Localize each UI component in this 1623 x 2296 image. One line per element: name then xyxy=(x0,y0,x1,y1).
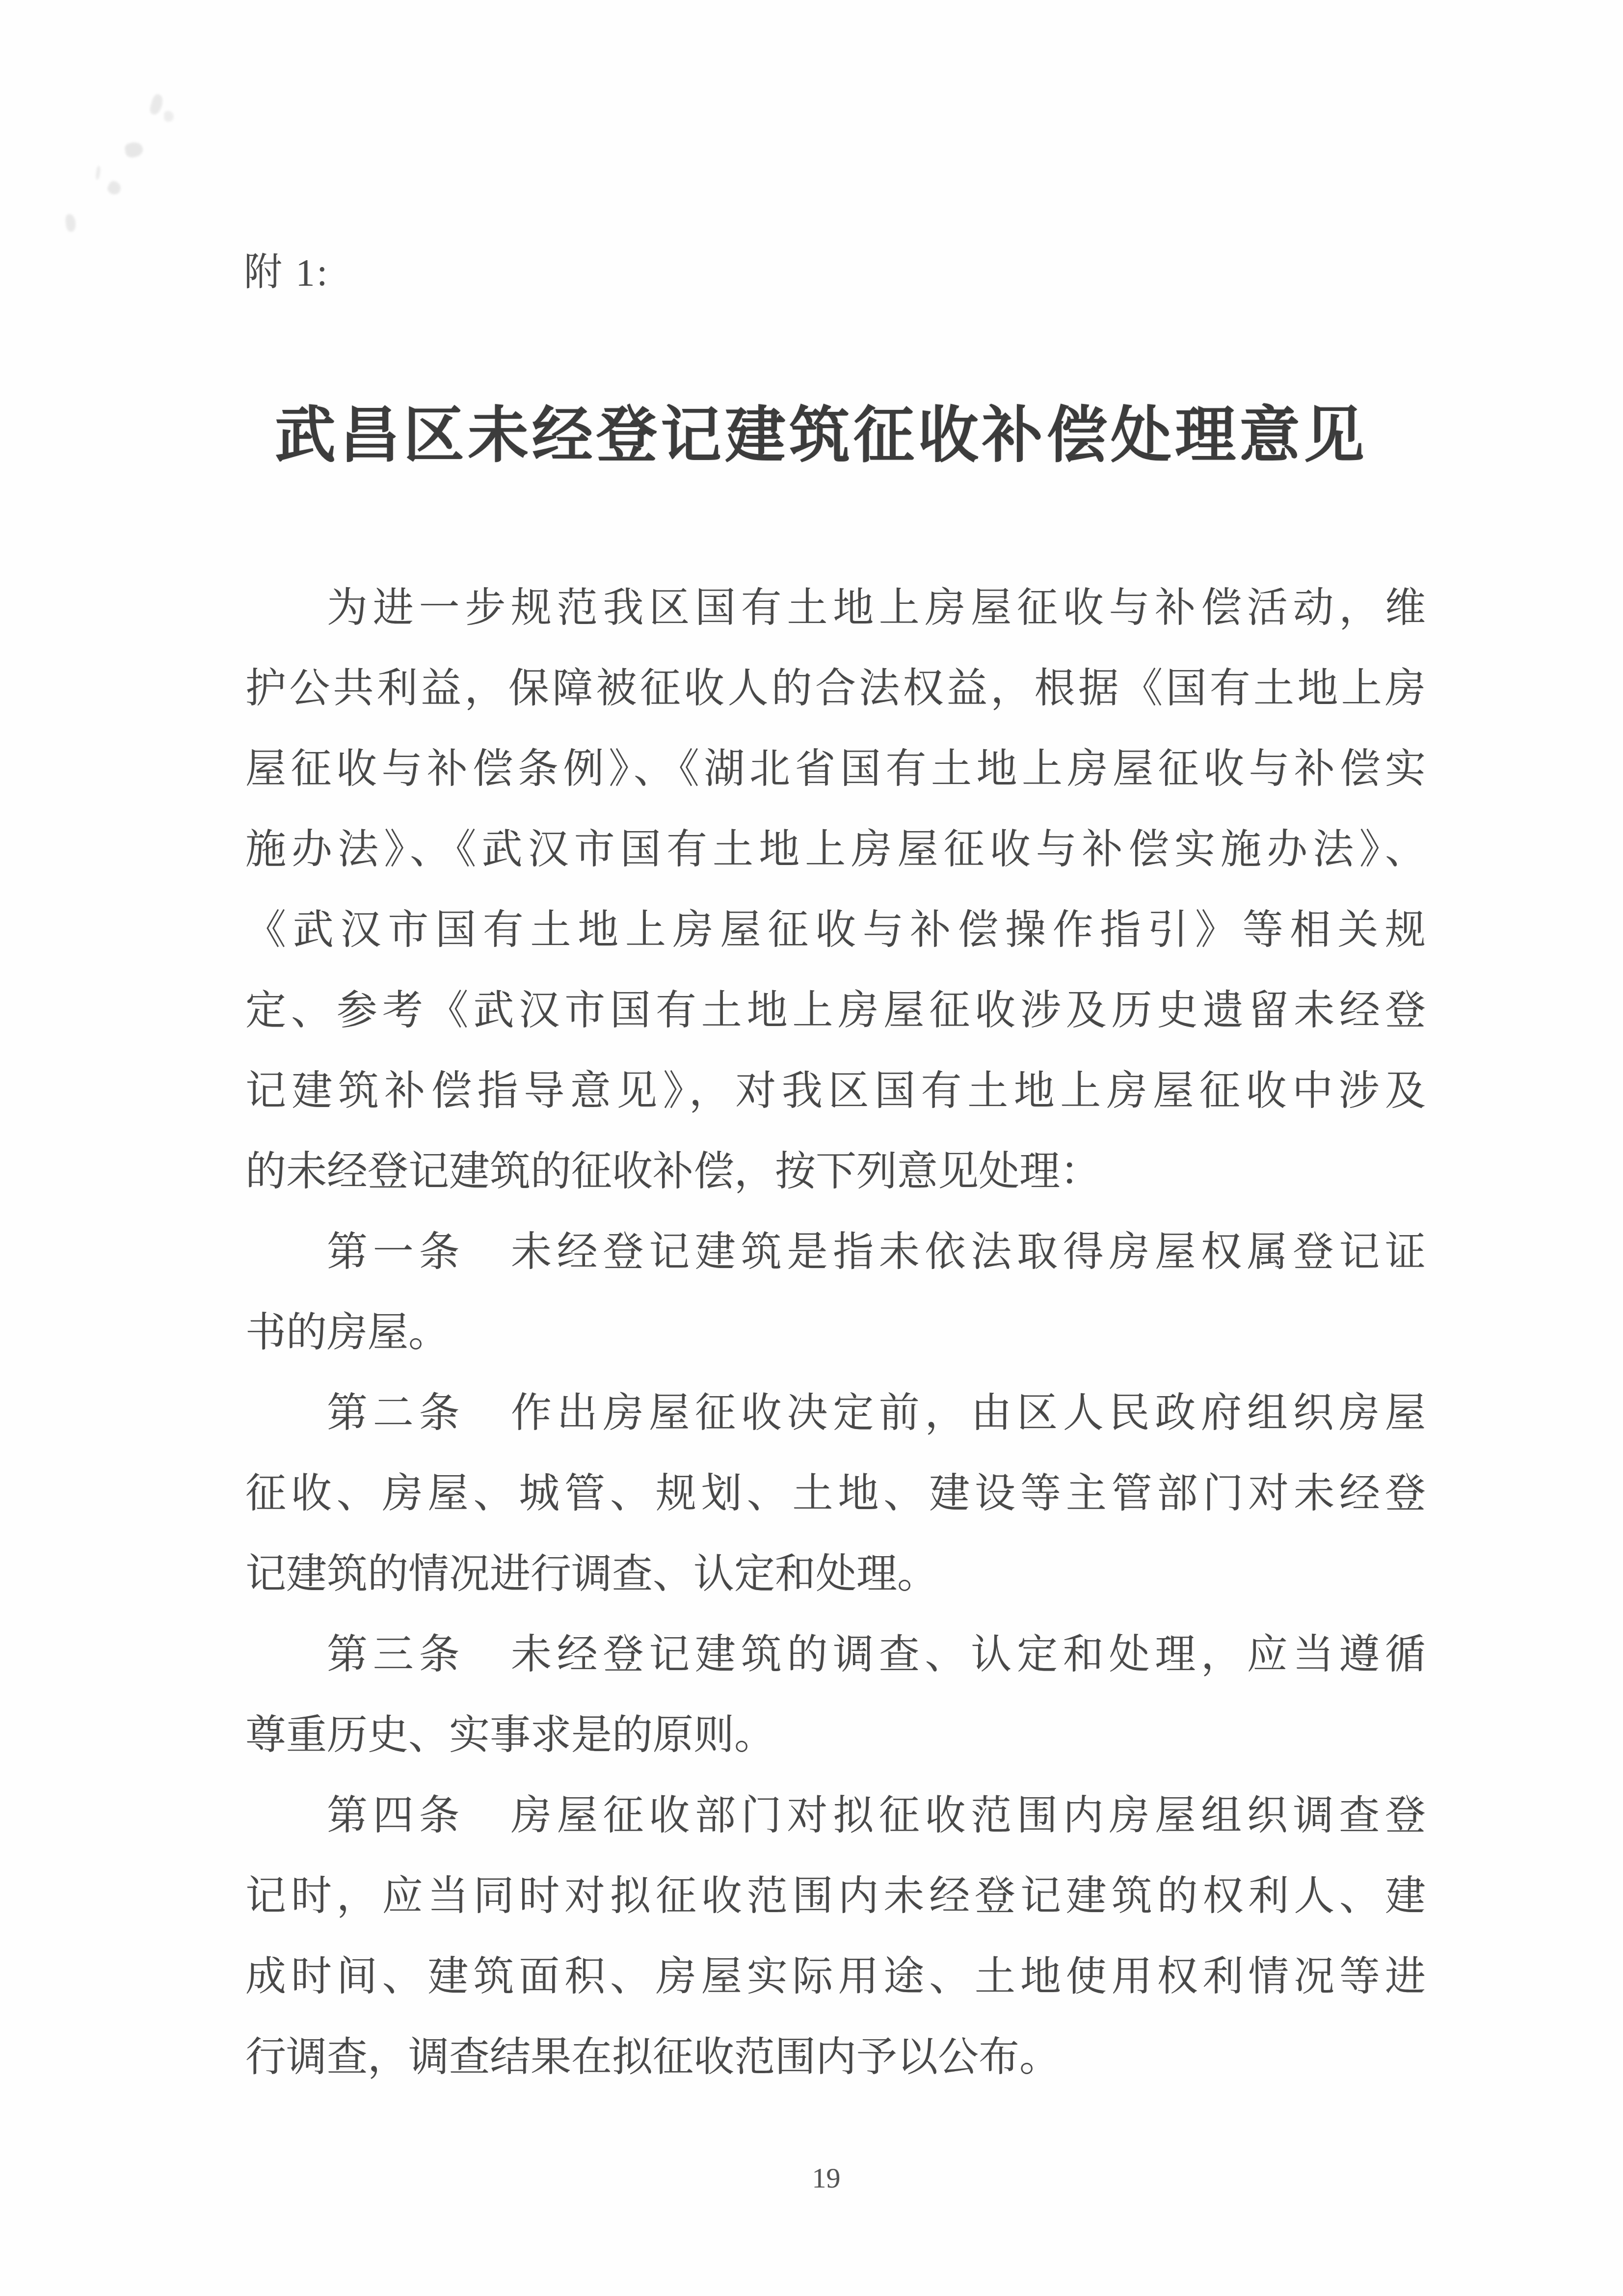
document-body: 为进一步规范我区国有土地上房屋征收与补偿活动，维护公共利益，保障被征收人的合法权… xyxy=(245,567,1426,2097)
body-line: 书的房屋。 xyxy=(245,1292,1426,1373)
scan-artifact xyxy=(65,214,77,232)
document-title: 武昌区未经登记建筑征收补偿处理意见 xyxy=(0,399,1623,472)
body-line: 第一条 未经登记建筑是指未依法取得房屋权属登记证 xyxy=(245,1212,1426,1292)
body-line: 定、参考《武汉市国有土地上房屋征收涉及历史遗留未经登 xyxy=(245,970,1426,1051)
body-line: 成时间、建筑面积、房屋实际用途、土地使用权利情况等进 xyxy=(245,1936,1426,2017)
document-page: 附 1: 武昌区未经登记建筑征收补偿处理意见 为进一步规范我区国有土地上房屋征收… xyxy=(0,0,1623,2296)
scan-artifact xyxy=(148,93,165,116)
body-line: 记建筑补偿指导意见》，对我区国有土地上房屋征收中涉及 xyxy=(245,1051,1426,1131)
scan-artifact xyxy=(124,141,144,159)
body-line: 第三条 未经登记建筑的调查、认定和处理，应当遵循 xyxy=(245,1614,1426,1695)
body-line: 尊重历史、实事求是的原则。 xyxy=(245,1695,1426,1775)
scan-artifact xyxy=(164,111,174,122)
body-line: 第四条 房屋征收部门对拟征收范围内房屋组织调查登 xyxy=(245,1775,1426,1856)
attachment-label: 附 1: xyxy=(244,248,329,297)
body-line: 第二条 作出房屋征收决定前，由区人民政府组织房屋 xyxy=(245,1373,1426,1453)
page-number: 19 xyxy=(0,2161,1623,2195)
body-line: 护公共利益，保障被征收人的合法权益，根据《国有土地上房 xyxy=(245,648,1426,729)
body-line: 征收、房屋、城管、规划、土地、建设等主管部门对未经登 xyxy=(245,1453,1426,1534)
scan-artifact xyxy=(95,166,101,180)
body-line: 的未经登记建筑的征收补偿，按下列意见处理： xyxy=(245,1131,1426,1212)
body-line: 行调查，调查结果在拟征收范围内予以公布。 xyxy=(245,2017,1426,2097)
body-line: 《武汉市国有土地上房屋征收与补偿操作指引》等相关规 xyxy=(245,890,1426,970)
body-line: 记建筑的情况进行调查、认定和处理。 xyxy=(245,1534,1426,1614)
scan-artifact xyxy=(106,179,123,197)
body-line: 施办法》、《武汉市国有土地上房屋征收与补偿实施办法》、 xyxy=(245,809,1426,890)
body-line: 记时，应当同时对拟征收范围内未经登记建筑的权利人、建 xyxy=(245,1856,1426,1936)
body-line: 为进一步规范我区国有土地上房屋征收与补偿活动，维 xyxy=(245,567,1426,648)
body-line: 屋征收与补偿条例》、《湖北省国有土地上房屋征收与补偿实 xyxy=(245,729,1426,809)
